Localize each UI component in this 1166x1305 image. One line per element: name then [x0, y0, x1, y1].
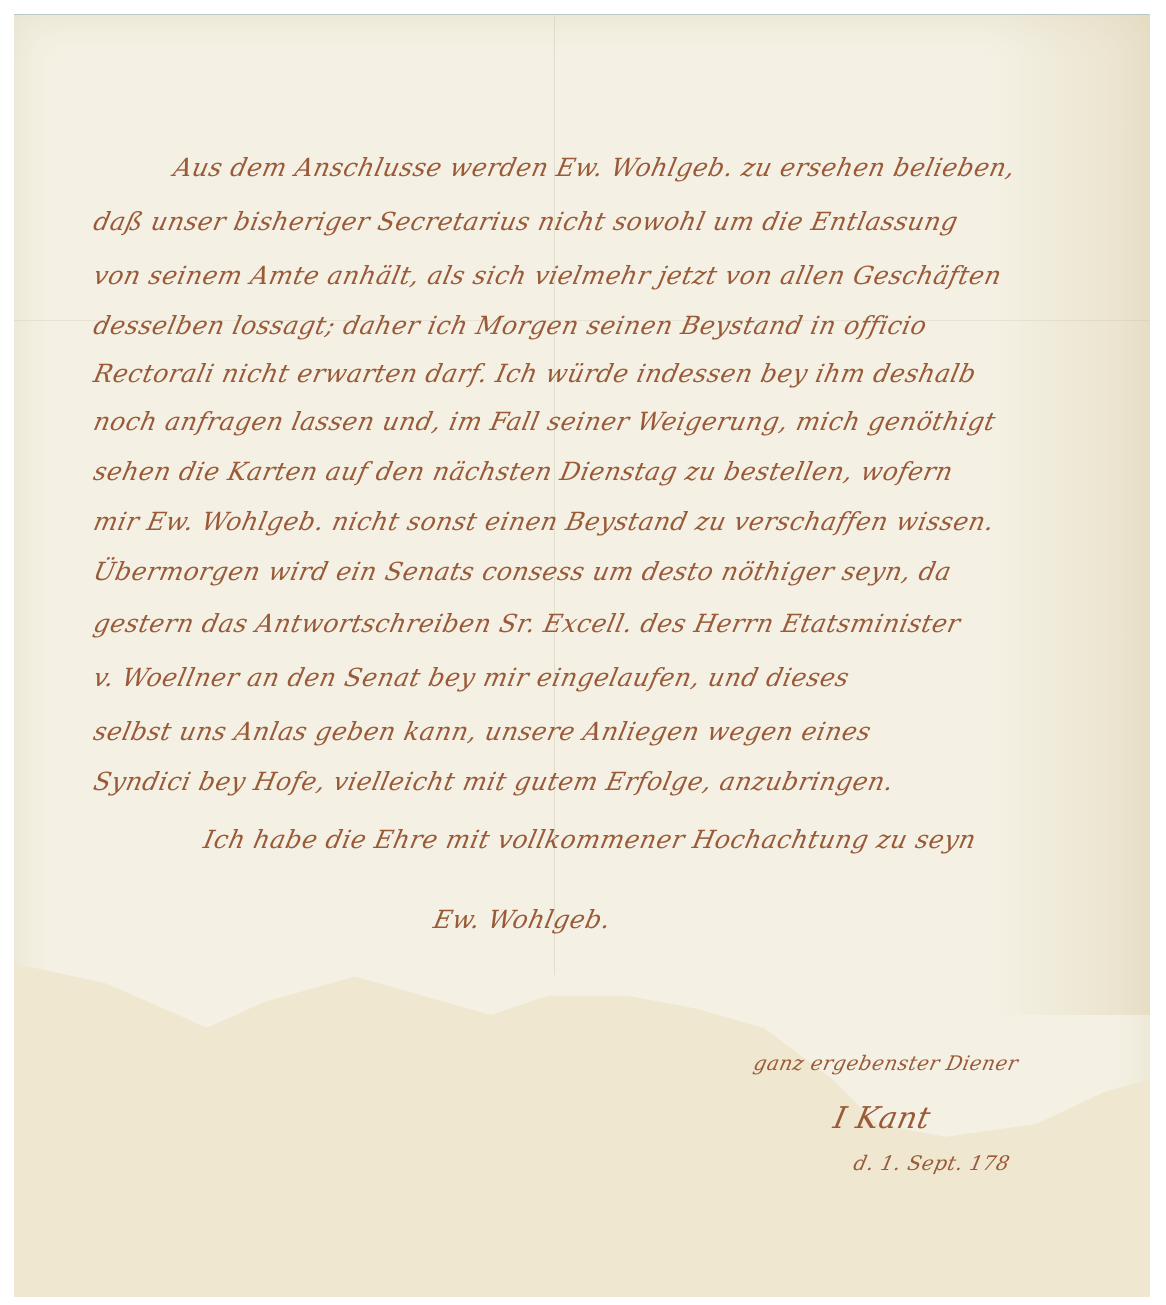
salutation: Ew. Wohlgeb.: [431, 905, 614, 934]
letter-line-14: Ich habe die Ehre mit vollkommener Hocha…: [201, 825, 979, 854]
letter-line-5: Rectorali nicht erwarten darf. Ich würde…: [91, 359, 979, 388]
date: d. 1. Sept. 178: [851, 1151, 1012, 1175]
letter-paper: Aus dem Anschlusse werden Ew. Wohlgeb. z…: [14, 14, 1150, 1297]
letter-line-3: von seinem Amte anhält, als sich vielmeh…: [91, 261, 1005, 290]
signature: I Kant: [830, 1101, 934, 1136]
letter-line-11: v. Woellner an den Senat bey mir eingela…: [91, 663, 852, 692]
letter-line-12: selbst uns Anlas geben kann, unsere Anli…: [91, 717, 874, 746]
letter-line-1: Aus dem Anschlusse werden Ew. Wohlgeb. z…: [171, 153, 1018, 182]
letter-line-10: gestern das Antwortschreiben Sr. Excell.…: [91, 609, 963, 638]
letter-line-9: Übermorgen wird ein Senats consess um de…: [91, 557, 954, 586]
letter-line-7: sehen die Karten auf den nächsten Dienst…: [91, 457, 956, 486]
letter-line-6: noch anfragen lassen und, im Fall seiner…: [91, 407, 999, 436]
closing: ganz ergebenster Diener: [751, 1051, 1020, 1075]
letter-line-4: desselben lossagt; daher ich Morgen sein…: [91, 311, 930, 340]
letter-line-8: mir Ew. Wohlgeb. nicht sonst einen Beyst…: [91, 507, 997, 536]
letter-line-13: Syndici bey Hofe, vielleicht mit gutem E…: [91, 767, 897, 796]
letter-line-2: daß unser bisheriger Secretarius nicht s…: [91, 207, 961, 236]
